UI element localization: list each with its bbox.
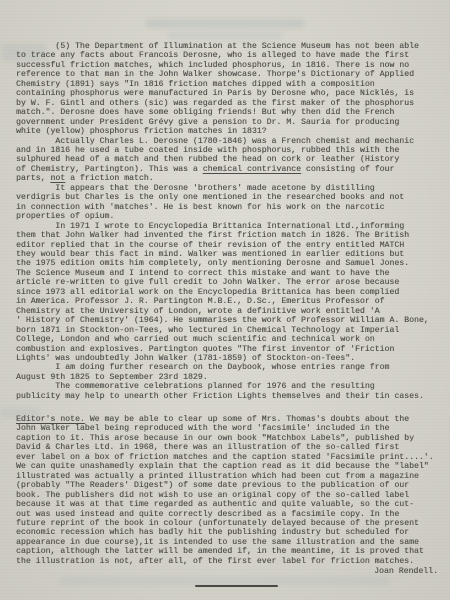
article-text-part1: (5) The Department of Illumination at th… [16, 42, 419, 174]
footer-divider-rule [195, 585, 278, 587]
article-text-part3: a friction match. It appears that the De… [16, 174, 429, 400]
editors-note: Editor's note. We may be able to clear u… [16, 415, 446, 566]
underlined-word-not: not [50, 174, 65, 183]
underlined-phrase-chemical-contrivance: chemical contrivance [203, 165, 301, 174]
bleedthrough-smudge [168, 32, 282, 39]
bleedthrough-smudge [60, 577, 390, 585]
article-body: (5) The Department of Illumination at th… [16, 42, 446, 401]
editors-note-text: We may be able to clear up some of Mrs. … [16, 415, 434, 566]
editors-note-heading: Editor's note. [16, 415, 85, 424]
signature: Joan Rendell. [374, 567, 438, 576]
document-page: (5) The Department of Illumination at th… [0, 0, 450, 600]
bleedthrough-smudge [146, 19, 304, 28]
